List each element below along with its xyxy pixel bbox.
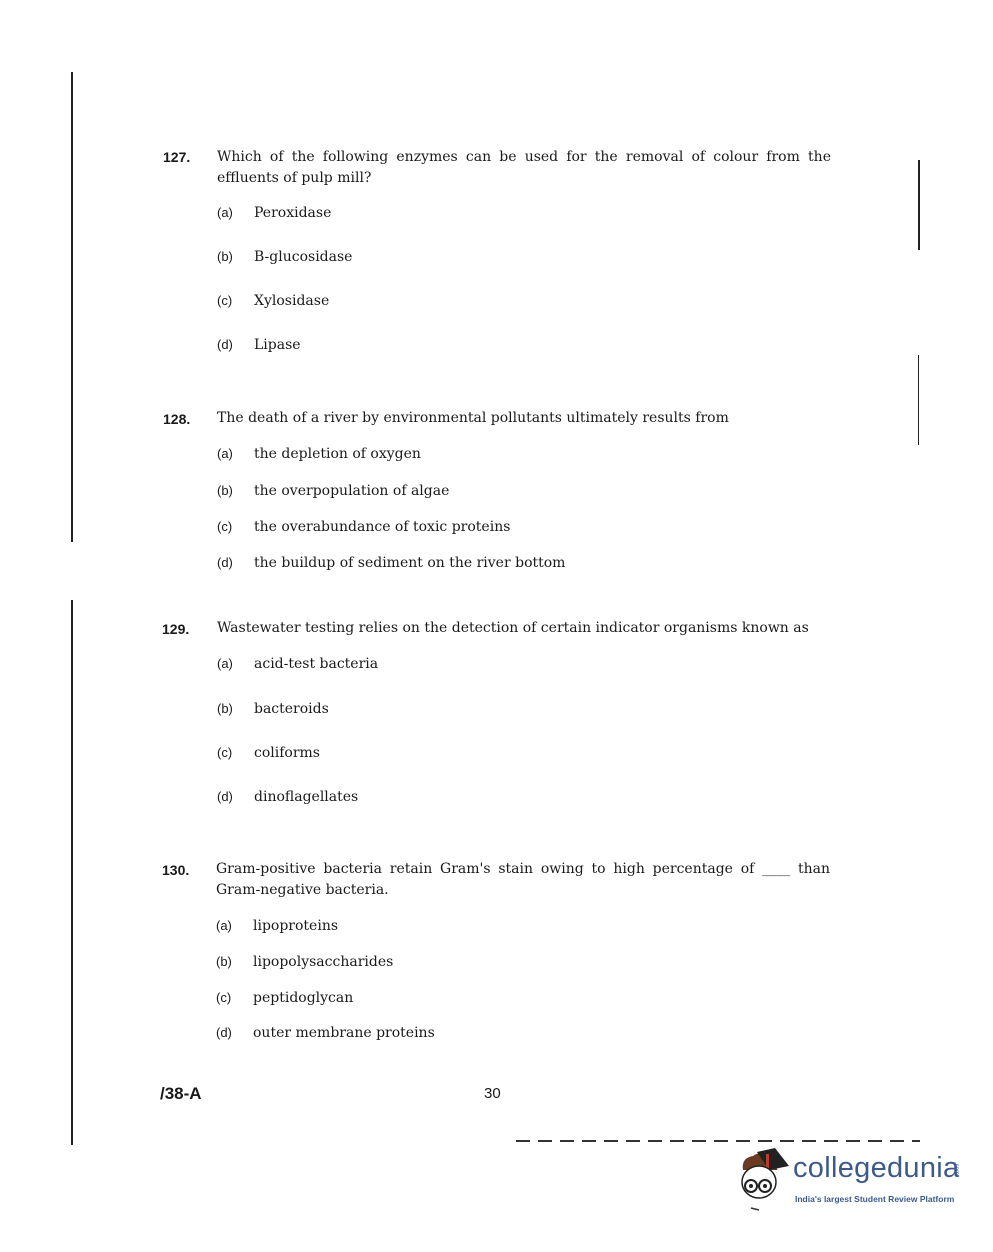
option-d: (d)Lipase xyxy=(217,337,301,353)
option-c: (c)the overabundance of toxic proteins xyxy=(217,519,510,535)
right-margin-line-mid xyxy=(918,355,919,445)
footer-dashed-line xyxy=(516,1140,920,1142)
brand-name: collegedunia xyxy=(793,1152,959,1185)
brand-suffix: .com xyxy=(953,1162,959,1175)
option-d: (d)dinoflagellates xyxy=(217,789,358,805)
option-a: (a)lipoproteins xyxy=(216,918,338,934)
option-b: (b)the overpopulation of algae xyxy=(217,483,449,499)
right-margin-line-top xyxy=(918,160,920,250)
left-margin-line-bottom xyxy=(71,600,73,1145)
left-margin-line-top xyxy=(71,72,73,542)
mascot-icon xyxy=(735,1148,793,1218)
paper-code: /38-A xyxy=(160,1084,202,1104)
option-a: (a)the depletion of oxygen xyxy=(217,446,421,462)
question-number: 127. xyxy=(163,149,190,165)
option-c: (c)Xylosidase xyxy=(217,293,329,309)
question-text: Wastewater testing relies on the detecti… xyxy=(217,618,837,639)
option-c: (c)peptidoglycan xyxy=(216,990,353,1006)
question-number: 129. xyxy=(162,621,189,637)
question-number: 130. xyxy=(162,862,189,878)
option-b: (b)lipopolysaccharides xyxy=(216,954,393,970)
page-number: 30 xyxy=(484,1085,501,1102)
question-text: Which of the following enzymes can be us… xyxy=(217,147,831,189)
option-d: (d)the buildup of sediment on the river … xyxy=(217,555,565,571)
option-c: (c)coliforms xyxy=(217,745,320,761)
collegedunia-watermark: collegedunia .com India's largest Studen… xyxy=(735,1148,965,1218)
question-text: Gram-positive bacteria retain Gram's sta… xyxy=(216,859,830,901)
option-b: (b)bacteroids xyxy=(217,701,329,717)
option-a: (a)Peroxidase xyxy=(217,205,331,221)
question-text: The death of a river by environmental po… xyxy=(217,408,837,429)
question-number: 128. xyxy=(163,411,190,427)
brand-tagline: India's largest Student Review Platform xyxy=(795,1194,954,1204)
option-a: (a)acid-test bacteria xyxy=(217,656,378,672)
option-d: (d)outer membrane proteins xyxy=(216,1025,435,1041)
option-b: (b)B-glucosidase xyxy=(217,249,352,265)
